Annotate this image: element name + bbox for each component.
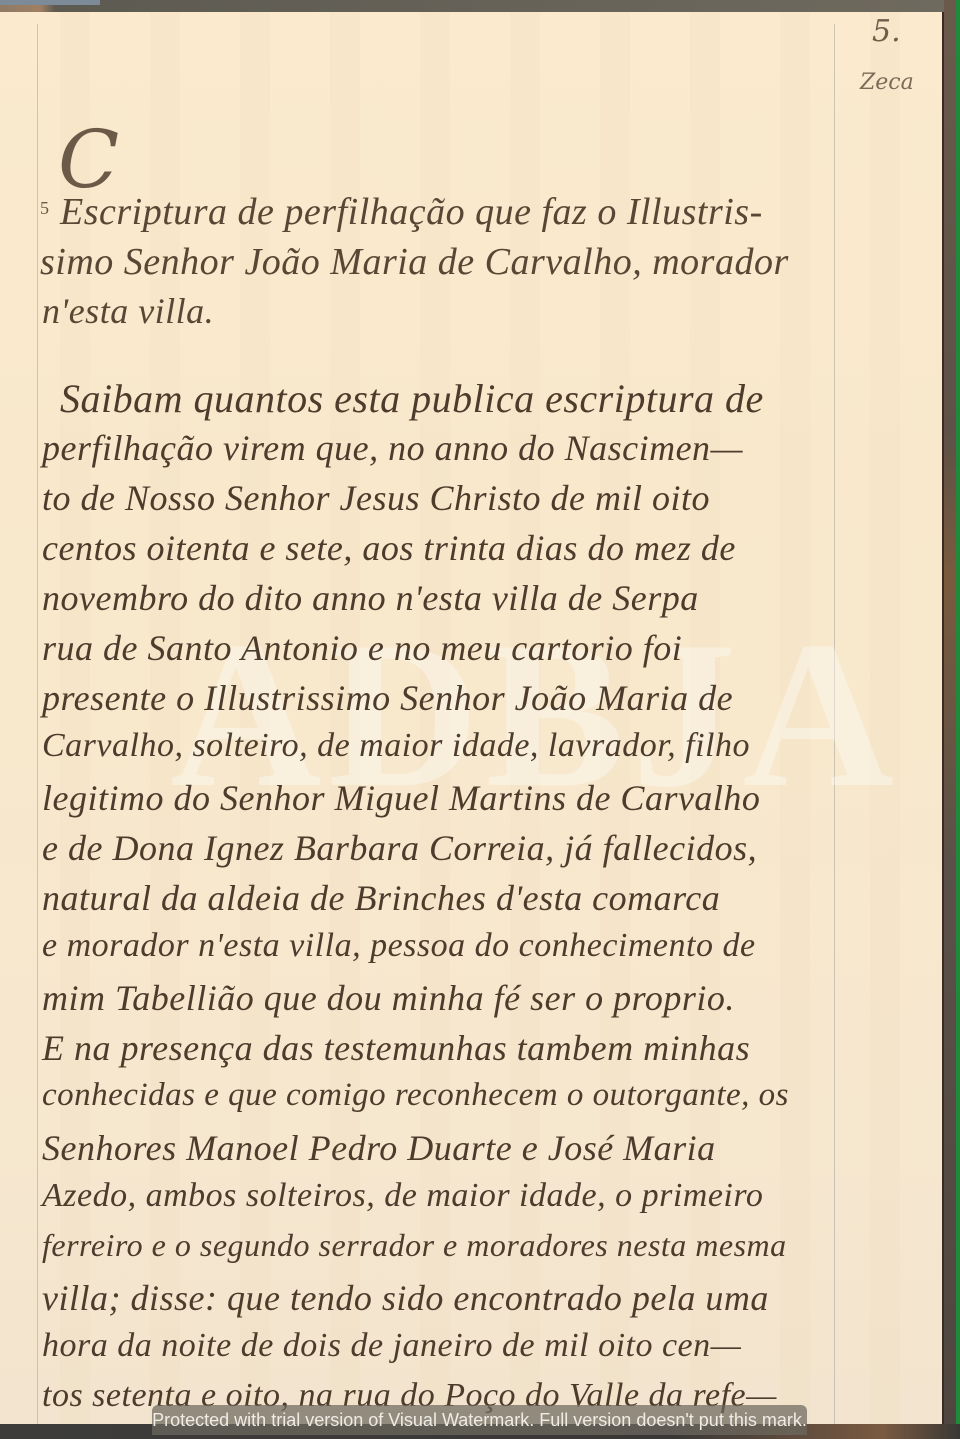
body-line: Azedo, ambos solteiros, de maior idade, … bbox=[42, 1177, 763, 1215]
margin-mark: 5 bbox=[40, 198, 49, 219]
right-margin-rule bbox=[834, 24, 835, 1436]
body-line: mim Tabellião que dou minha fé ser o pro… bbox=[42, 977, 735, 1019]
body-line: rua de Santo Antonio e no meu cartorio f… bbox=[42, 627, 682, 669]
folio-number: 5. bbox=[872, 14, 901, 49]
body-line: e morador n'esta villa, pessoa do conhec… bbox=[42, 927, 756, 965]
body-line: to de Nosso Senhor Jesus Christo de mil … bbox=[42, 477, 710, 519]
body-line: hora da noite de dois de janeiro de mil … bbox=[42, 1327, 741, 1365]
body-line: Carvalho, solteiro, de maior idade, lavr… bbox=[42, 727, 750, 765]
folio-note: Zeca bbox=[860, 70, 914, 95]
title-line: n'esta villa. bbox=[42, 290, 214, 332]
body-line: centos oitenta e sete, aos trinta dias d… bbox=[42, 527, 736, 569]
book-binding bbox=[944, 0, 956, 1439]
body-line: perfilhação virem que, no anno do Nascim… bbox=[42, 427, 743, 469]
left-margin-rule bbox=[37, 24, 38, 1436]
body-line: E na presença das testemunhas tambem min… bbox=[42, 1027, 750, 1069]
body-line: e de Dona Ignez Barbara Correia, já fall… bbox=[42, 827, 757, 869]
body-line: conhecidas e que comigo reconhecem o out… bbox=[42, 1077, 789, 1114]
body-line: ferreiro e o segundo serrador e moradore… bbox=[42, 1227, 787, 1264]
body-line: legitimo do Senhor Miguel Martins de Car… bbox=[42, 777, 760, 819]
title-line: Escriptura de perfilhação que faz o Illu… bbox=[60, 190, 763, 234]
body-line: natural da aldeia de Brinches d'esta com… bbox=[42, 877, 720, 919]
ornamental-initial: C bbox=[58, 120, 119, 200]
body-line: presente o Illustrissimo Senhor João Mar… bbox=[42, 677, 733, 719]
body-line: Senhores Manoel Pedro Duarte e José Mari… bbox=[42, 1127, 716, 1169]
title-line: simo Senhor João Maria de Carvalho, mora… bbox=[40, 240, 789, 284]
trial-watermark-banner: Protected with trial version of Visual W… bbox=[152, 1405, 807, 1435]
body-line: villa; disse: que tendo sido encontrado … bbox=[42, 1277, 769, 1319]
body-line: Saibam quantos esta publica escriptura d… bbox=[60, 375, 764, 422]
body-line: novembro do dito anno n'esta villa de Se… bbox=[42, 577, 699, 619]
edge-strip bbox=[956, 0, 960, 1439]
